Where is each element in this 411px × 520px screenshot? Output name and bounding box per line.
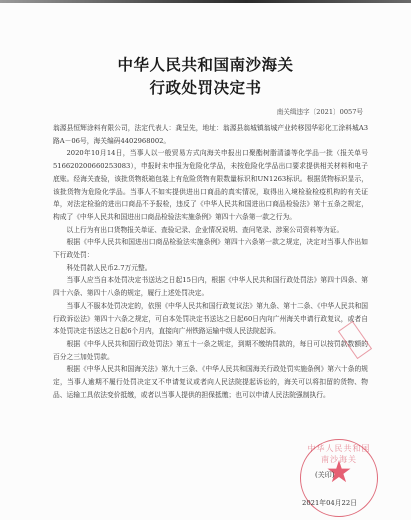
evidence-paragraph: 以上行为有出口货物报关单证、查验记录、企业情况说明、查问笔录、涉案公司资料等为证… xyxy=(53,224,368,237)
appeal-rights-paragraph: 当事人不服本处罚决定的，依照《中华人民共和国行政复议法》第九条、第十二条、《中华… xyxy=(53,300,368,338)
document-page: 中华人民共和国南沙海关 行政处罚决定书 南关缉违字〔2021〕0057号 翁源县… xyxy=(0,3,411,520)
facts-paragraph: 2020年10月14日，当事人以一般贸易方式向海关申报出口聚酯树脂清漆等化学品一… xyxy=(53,147,368,223)
payment-deadline-paragraph: 当事人应当自本处罚决定书送达之日起15日内，根据《中华人民共和国行政处罚法》第四… xyxy=(53,274,368,299)
late-fee-paragraph: 根据《中华人民共和国行政处罚法》第五十一条之规定，到期不缴纳罚款的，每日可以按罚… xyxy=(53,338,368,363)
document-title-line2: 行政处罚决定书 xyxy=(0,76,411,98)
penalty-paragraph: 科处罚款人民币2.7万元整。 xyxy=(53,262,368,275)
issue-date: 2021年04月22日 xyxy=(302,497,357,507)
enforcement-paragraph: 根据《中华人民共和国海关法》第九十三条、《中华人民共和国海关行政处罚实施条例》第… xyxy=(53,363,368,401)
party-info-paragraph: 翁源县恒辉涂料有限公司，法定代表人：龚呈先，地址：翁源县翁城镇翁城产业转移园华彩… xyxy=(53,122,368,147)
legal-basis-paragraph: 根据《中华人民共和国进出口商品检验法实施条例》第四十六条第一款之规定，决定对当事… xyxy=(53,236,368,261)
seal-star-icon: ★ xyxy=(301,458,377,488)
document-title-line1: 中华人民共和国南沙海关 xyxy=(0,53,411,75)
document-body: 翁源县恒辉涂料有限公司，法定代表人：龚呈先，地址：翁源县翁城镇翁城产业转移园华彩… xyxy=(53,122,368,401)
seal-label: (关印) xyxy=(315,470,334,480)
document-number: 南关缉违字〔2021〕0057号 xyxy=(277,106,363,116)
